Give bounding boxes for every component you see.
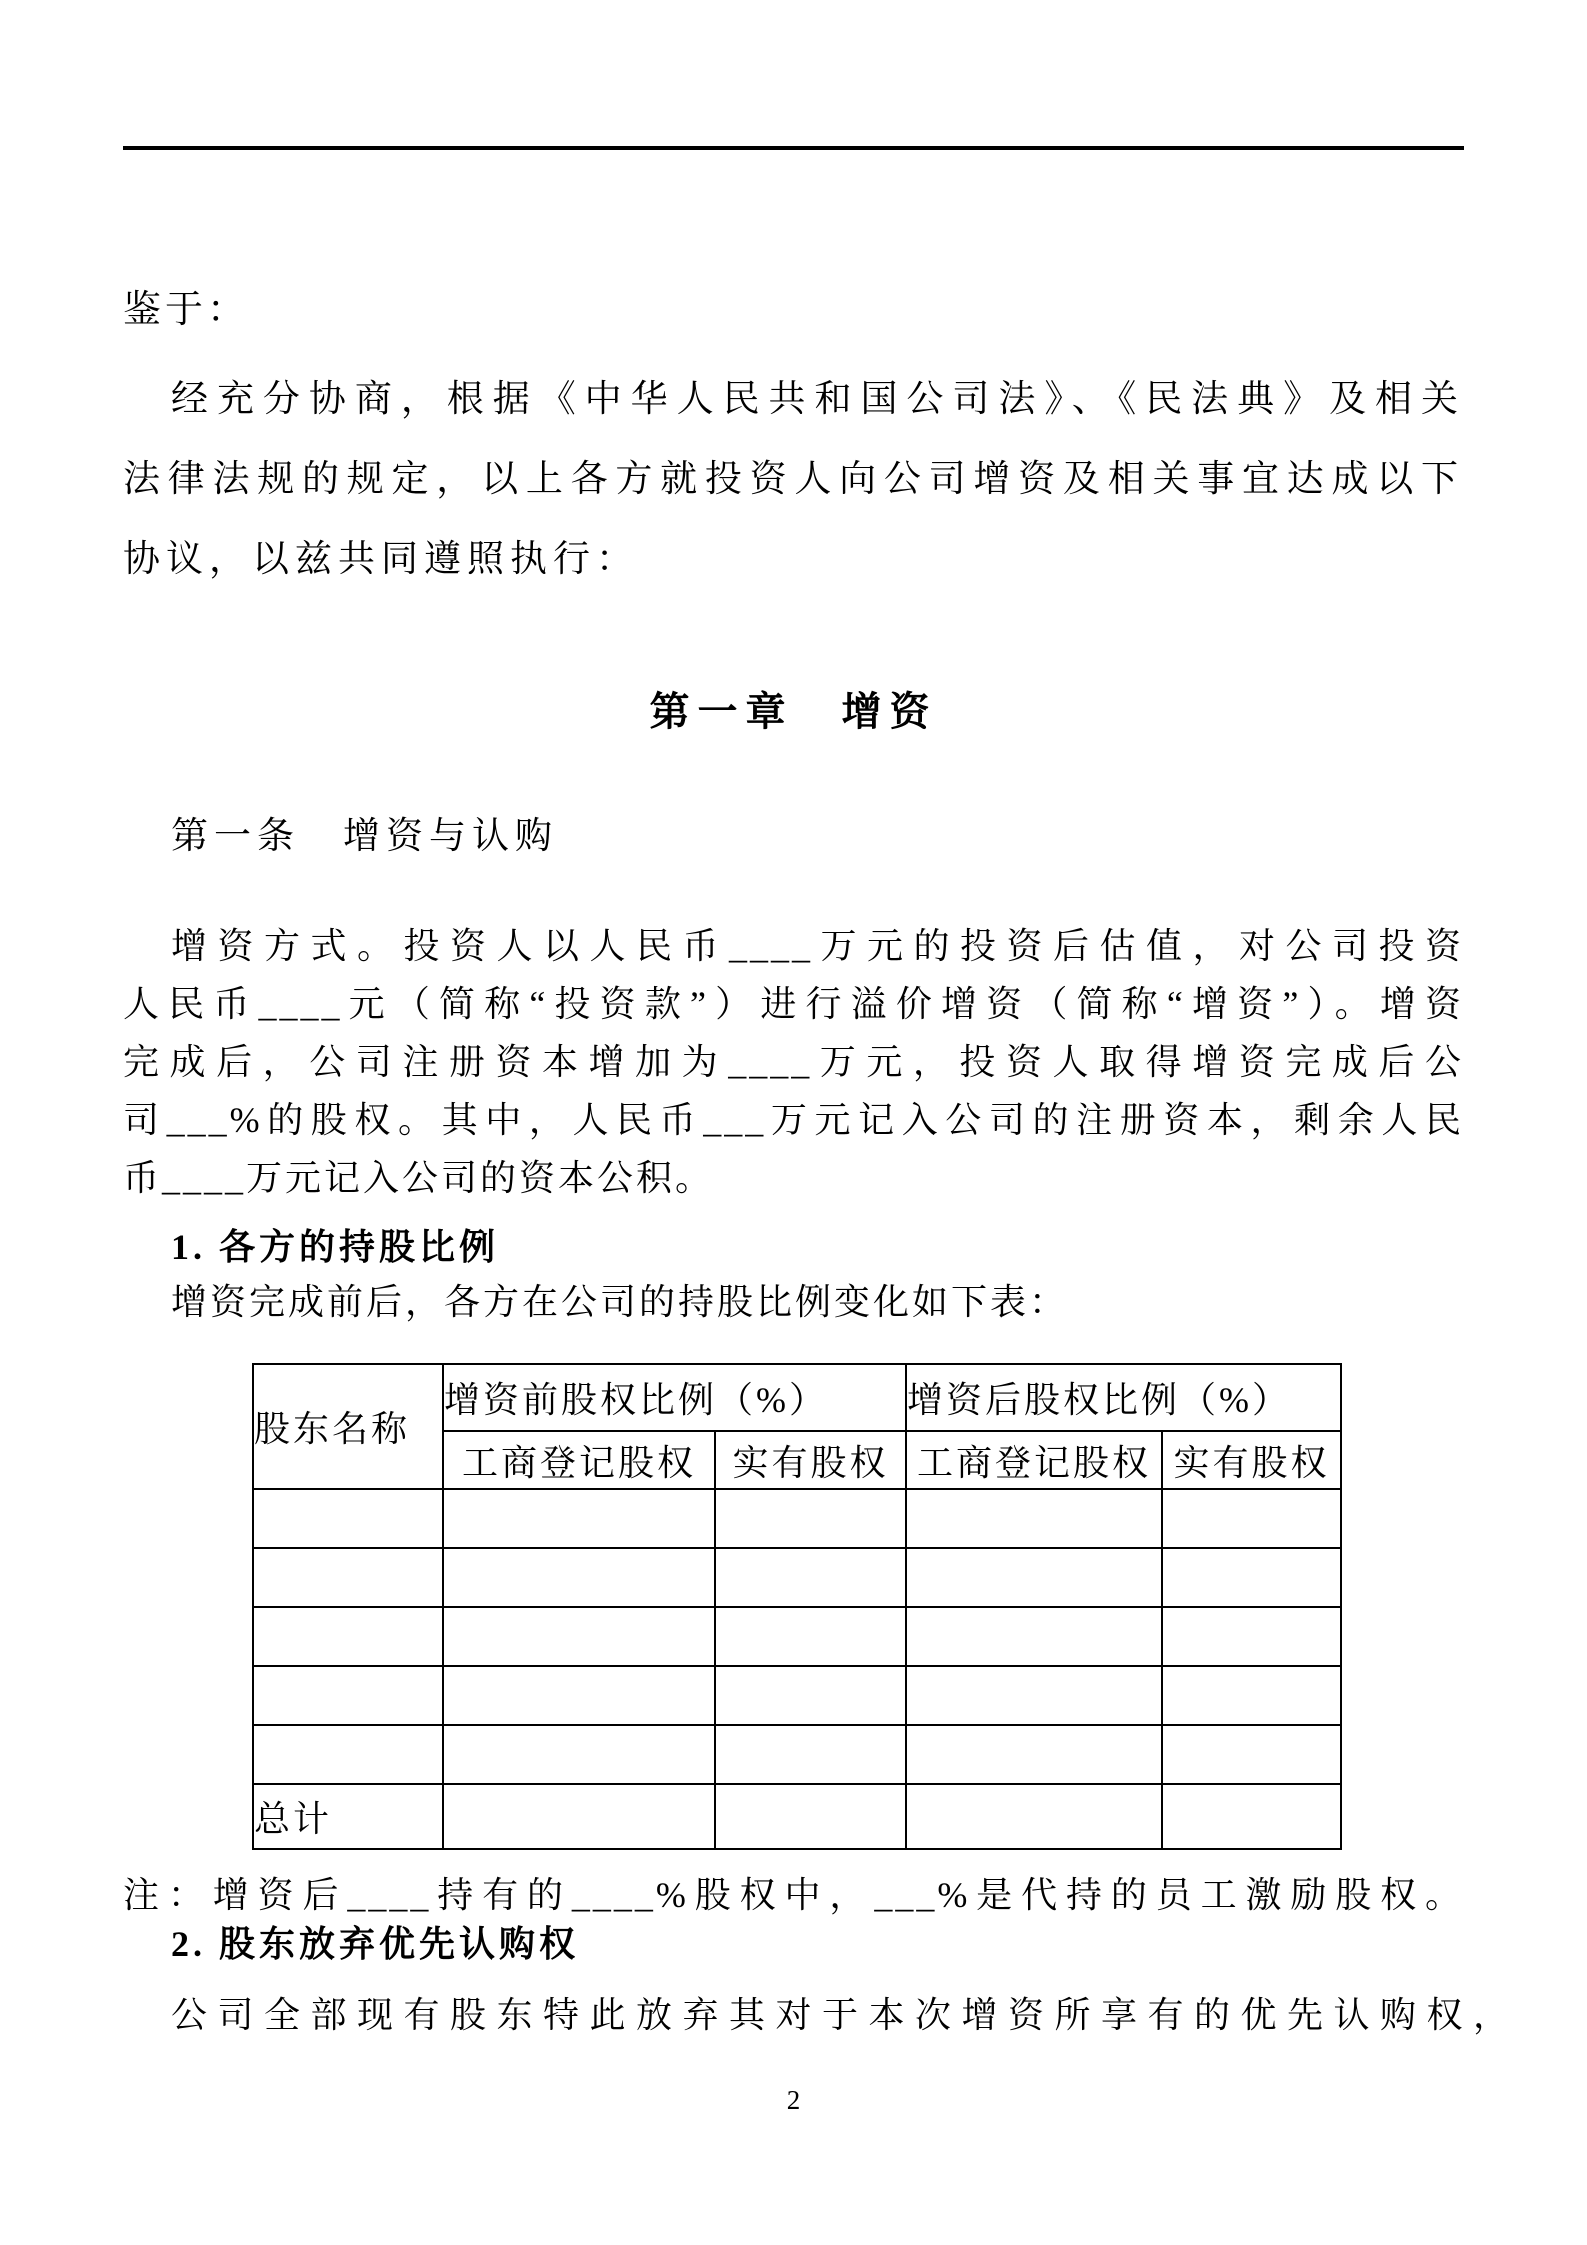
capital-terms-line: 完成后，公司注册资本增加为____万元，投资人取得增资完成后公 <box>123 1033 1464 1091</box>
capital-terms-line: 司___%的股权。其中，人民币___万元记入公司的注册资本，剩余人民 <box>123 1091 1464 1149</box>
preamble-line: 经充分协商，根据《中华人民共和国公司法》、《民法典》及相关 <box>123 360 1464 440</box>
page-number: 2 <box>123 2085 1464 2116</box>
total-row-label: 总计 <box>253 1784 443 1849</box>
shareholding-table-wrap: 股东名称 增资前股权比例（%） 增资后股权比例（%） 工商登记股权 实有股权 工… <box>252 1363 1340 1850</box>
table-empty-cell <box>253 1725 443 1784</box>
table-empty-cell <box>1162 1725 1341 1784</box>
table-row <box>253 1489 1341 1548</box>
table-empty-cell <box>443 1607 715 1666</box>
table-empty-cell <box>1162 1784 1341 1849</box>
shareholding-table: 股东名称 增资前股权比例（%） 增资后股权比例（%） 工商登记股权 实有股权 工… <box>252 1363 1342 1850</box>
table-empty-cell <box>253 1607 443 1666</box>
table-empty-cell <box>1162 1548 1341 1607</box>
table-empty-cell <box>1162 1489 1341 1548</box>
table-empty-cell <box>443 1548 715 1607</box>
subcol-registered-equity: 工商登记股权 <box>906 1431 1162 1489</box>
table-empty-cell <box>715 1725 906 1784</box>
table-total-row: 总计 <box>253 1784 1341 1849</box>
col-shareholder-name: 股东名称 <box>253 1364 443 1489</box>
group-pre-increase: 增资前股权比例（%） <box>443 1364 906 1431</box>
preamble-paragraph: 经充分协商，根据《中华人民共和国公司法》、《民法典》及相关 法律法规的规定，以上… <box>123 360 1464 600</box>
article-heading: 第一条 增资与认购 <box>123 815 1512 859</box>
whereas-label: 鉴于： <box>123 288 1464 334</box>
capital-terms-line: 增资方式。投资人以人民币____万元的投资后估值，对公司投资 <box>123 917 1464 975</box>
table-empty-cell <box>906 1725 1162 1784</box>
table-empty-cell <box>443 1725 715 1784</box>
subcol-actual-equity: 实有股权 <box>715 1431 906 1489</box>
capital-terms-line: 人民币____元（简称“投资款”）进行溢价增资（简称“增资”）。增资 <box>123 975 1464 1033</box>
table-empty-cell <box>906 1607 1162 1666</box>
subcol-actual-equity: 实有股权 <box>1162 1431 1341 1489</box>
table-empty-cell <box>715 1489 906 1548</box>
document-page: 鉴于： 经充分协商，根据《中华人民共和国公司法》、《民法典》及相关 法律法规的规… <box>0 0 1587 2245</box>
table-row <box>253 1666 1341 1725</box>
waiver-line: 公司全部现有股东特此放弃其对于本次增资所享有的优先认购权， <box>123 1986 1512 2044</box>
note-line: 注：增资后____持有的____%股权中，___%是代持的员工激励股权。 <box>123 1866 1464 1924</box>
table-empty-cell <box>443 1489 715 1548</box>
chapter-heading: 第一章 增资 <box>123 680 1464 737</box>
table-empty-cell <box>253 1666 443 1725</box>
table-empty-cell <box>1162 1607 1341 1666</box>
table-empty-cell <box>253 1548 443 1607</box>
table-empty-cell <box>253 1489 443 1548</box>
header-rule <box>123 146 1464 150</box>
table-empty-cell <box>443 1784 715 1849</box>
table-row <box>253 1725 1341 1784</box>
table-header-row: 股东名称 增资前股权比例（%） 增资后股权比例（%） <box>253 1364 1341 1431</box>
preamble-line: 协议，以兹共同遵照执行： <box>123 520 1464 600</box>
group-post-increase: 增资后股权比例（%） <box>906 1364 1341 1431</box>
table-row <box>253 1548 1341 1607</box>
table-empty-cell <box>715 1607 906 1666</box>
holding-ratio-heading: 1. 各方的持股比例 <box>123 1226 1512 1269</box>
table-empty-cell <box>1162 1666 1341 1725</box>
holding-ratio-intro: 增资完成前后，各方在公司的持股比例变化如下表： <box>123 1281 1512 1324</box>
table-empty-cell <box>715 1666 906 1725</box>
capital-terms-line: 币____万元记入公司的资本公积。 <box>123 1149 1464 1207</box>
table-empty-cell <box>906 1548 1162 1607</box>
table-empty-cell <box>443 1666 715 1725</box>
table-row <box>253 1607 1341 1666</box>
table-empty-cell <box>715 1784 906 1849</box>
waiver-heading: 2. 股东放弃优先认购权 <box>123 1923 1512 1966</box>
table-empty-cell <box>715 1548 906 1607</box>
subcol-registered-equity: 工商登记股权 <box>443 1431 715 1489</box>
preamble-line: 法律法规的规定，以上各方就投资人向公司增资及相关事宜达成以下 <box>123 440 1464 520</box>
table-empty-cell <box>906 1489 1162 1548</box>
table-empty-cell <box>906 1784 1162 1849</box>
table-empty-cell <box>906 1666 1162 1725</box>
capital-increase-paragraph: 增资方式。投资人以人民币____万元的投资后估值，对公司投资 人民币____元（… <box>123 917 1464 1207</box>
